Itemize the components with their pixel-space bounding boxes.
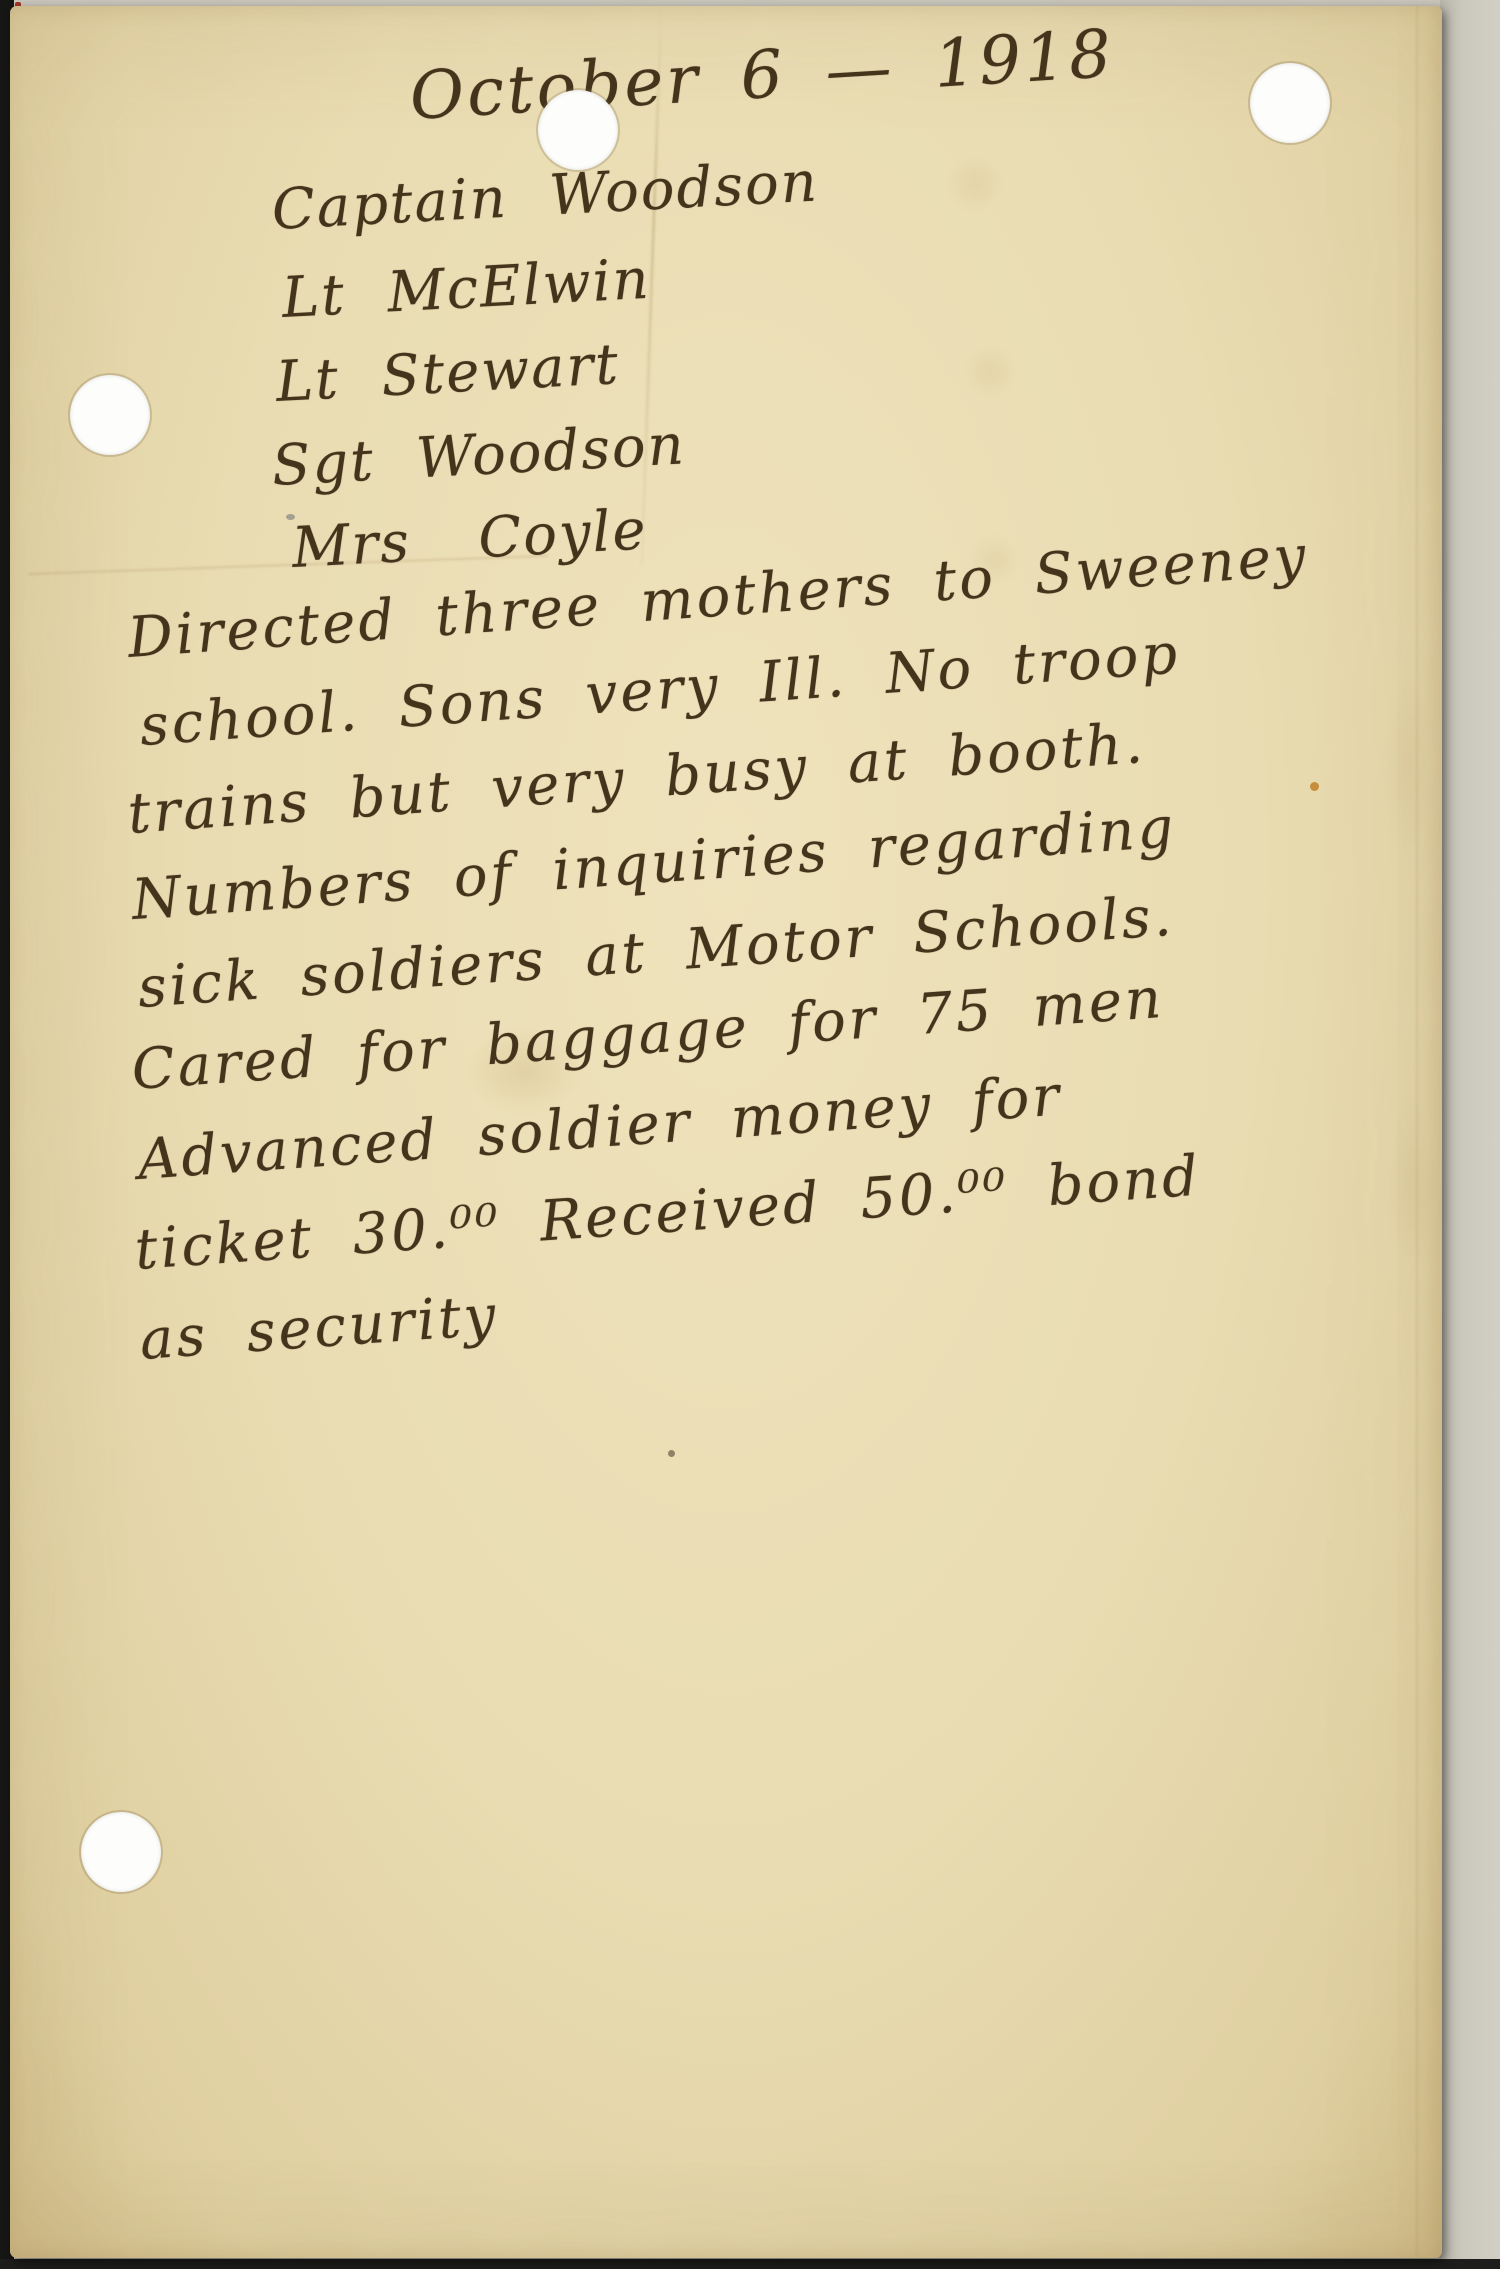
name-line-lt-stewart: Lt Stewart [274, 332, 621, 415]
punch-hole [70, 375, 150, 455]
punch-hole [81, 1812, 161, 1892]
scan-backing-right-edge [1440, 0, 1500, 2269]
bleed-through-mark [1378, 646, 1438, 886]
name-line-lt-mcelwin: Lt McElwin [280, 247, 652, 331]
note-line: as security [138, 1283, 501, 1373]
punch-hole [1250, 63, 1330, 143]
name-line-mrs-coyle: Mrs Coyle [290, 497, 649, 581]
bleed-through-mark [1382, 1066, 1440, 1296]
scan-backing-bottom-edge [0, 2259, 1500, 2269]
paper-crease [1416, 6, 1418, 2256]
name-line-captain-woodson: Captain Woodson [270, 149, 820, 243]
paper-speck [668, 1450, 675, 1457]
paper-speck [1310, 782, 1319, 791]
date-line: October 6 — 1918 [408, 15, 1116, 135]
handwritten-note-page: October 6 — 1918 Captain Woodson Lt McEl… [10, 6, 1442, 2258]
bleed-through-mark [938, 146, 1013, 221]
name-line-sgt-woodson: Sgt Woodson [270, 412, 687, 499]
bleed-through-mark [954, 336, 1026, 408]
punch-hole [538, 90, 618, 170]
